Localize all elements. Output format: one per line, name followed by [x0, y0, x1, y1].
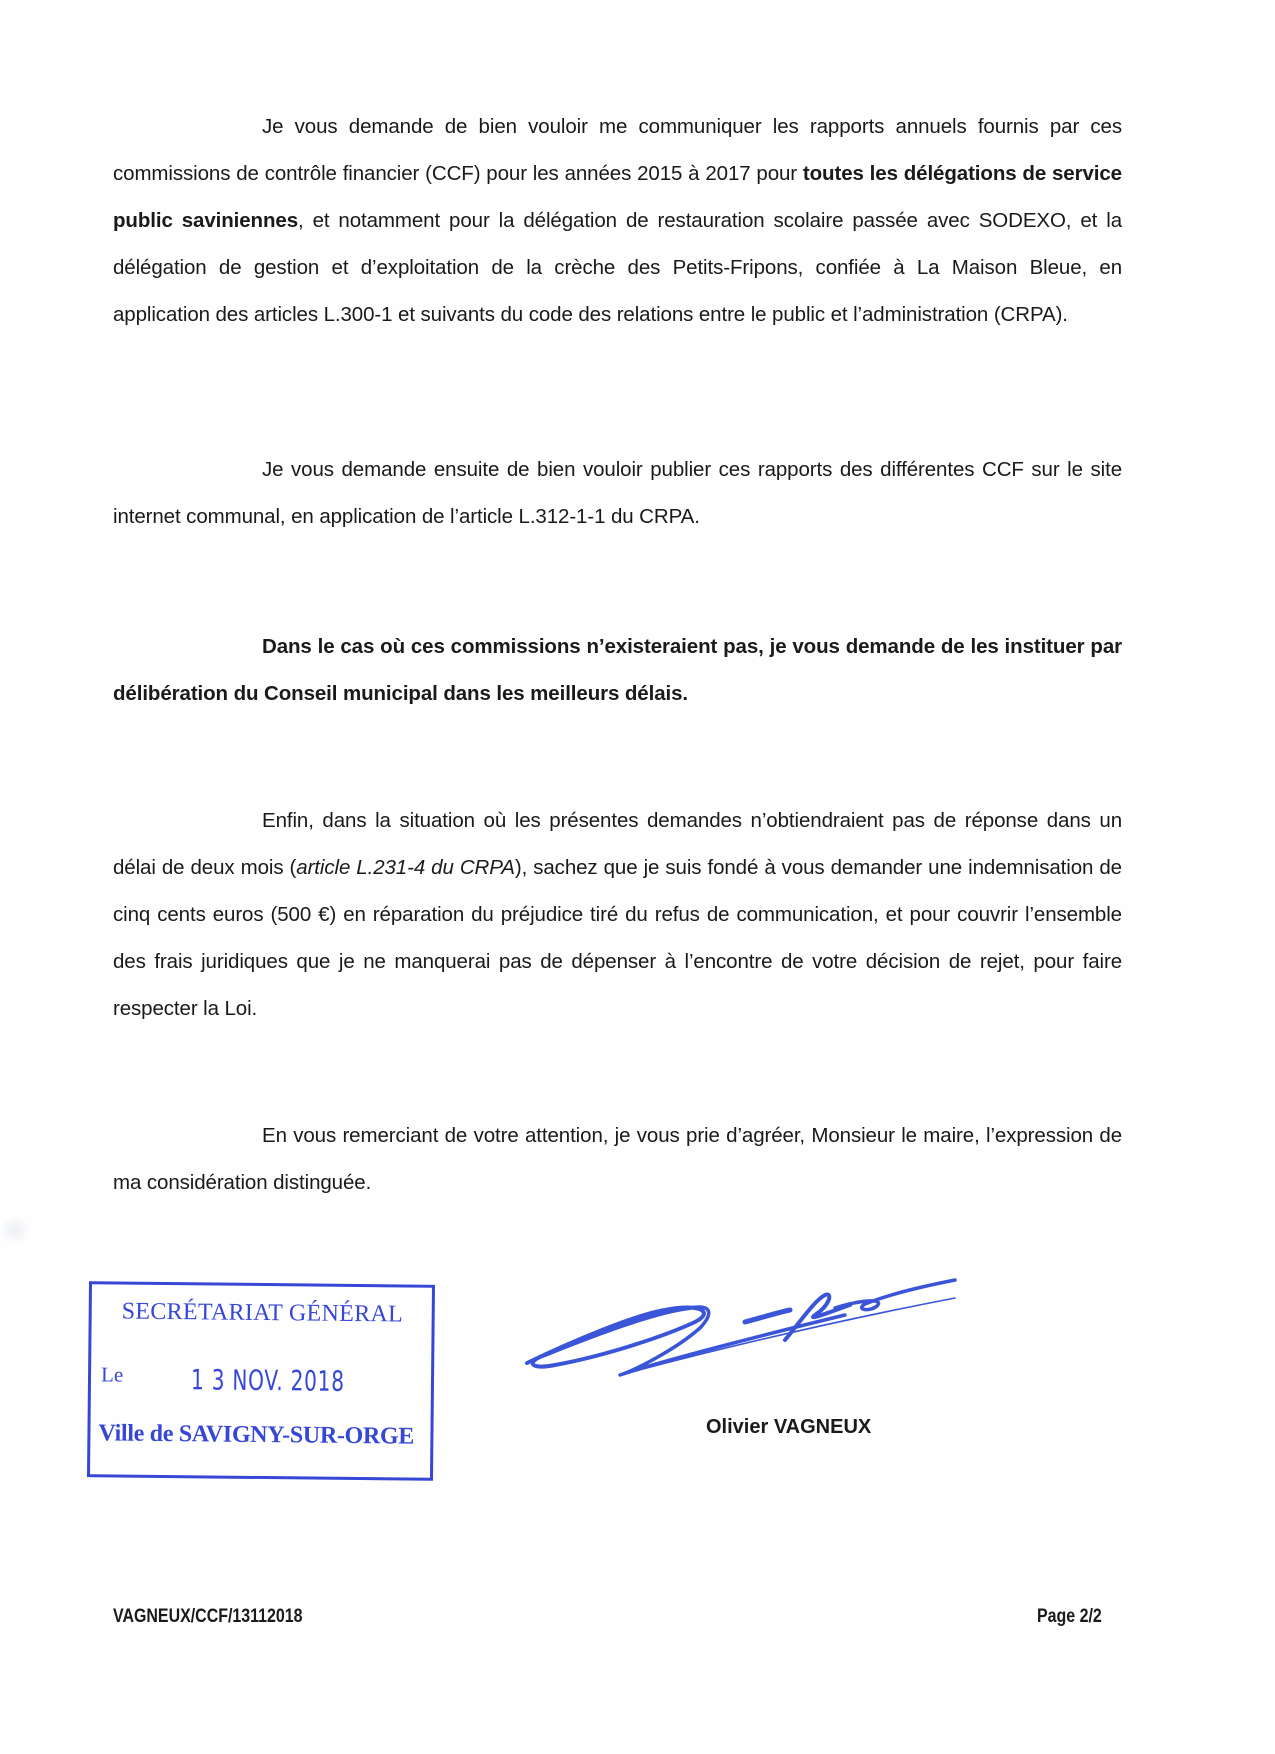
stamp-title: SECRÉTARIAT GÉNÉRAL	[122, 1299, 404, 1329]
paragraph-closing: En vous remerciant de votre attention, j…	[113, 1112, 1122, 1206]
page-number: Page 2/2	[1037, 1606, 1102, 1628]
letter-page: Je vous demande de bien vouloir me commu…	[0, 0, 1275, 1754]
document-reference: VAGNEUX/CCF/13112018	[113, 1606, 303, 1628]
text-segment: Je vous demande ensuite de bien vouloir …	[113, 458, 1122, 528]
paragraph-request-publication: Je vous demande ensuite de bien vouloir …	[113, 446, 1122, 540]
stamp-date-prefix: Le	[101, 1362, 123, 1387]
paragraph-request-reports: Je vous demande de bien vouloir me commu…	[113, 103, 1122, 338]
text-segment: article L.231-4 du CRPA	[296, 856, 515, 879]
stamp-date: 1 3 NOV. 2018	[191, 1363, 345, 1398]
paragraph-institute-commissions: Dans le cas où ces commissions n’exister…	[113, 623, 1122, 717]
paragraph-indemnity-warning: Enfin, dans la situation où les présente…	[113, 797, 1122, 1032]
text-segment: Dans le cas où ces commissions n’exister…	[113, 635, 1122, 705]
handwritten-signature-icon	[515, 1270, 965, 1380]
scan-smudge	[0, 1215, 30, 1245]
stamp-city: Ville de SAVIGNY-SUR-ORGE	[98, 1420, 414, 1450]
text-segment: En vous remerciant de votre attention, j…	[113, 1124, 1122, 1194]
text-segment: ), sachez que je suis fondé à vous deman…	[113, 856, 1122, 1020]
reception-stamp: SECRÉTARIAT GÉNÉRAL Le 1 3 NOV. 2018 Vil…	[87, 1281, 435, 1481]
signer-name: Olivier VAGNEUX	[706, 1416, 871, 1439]
